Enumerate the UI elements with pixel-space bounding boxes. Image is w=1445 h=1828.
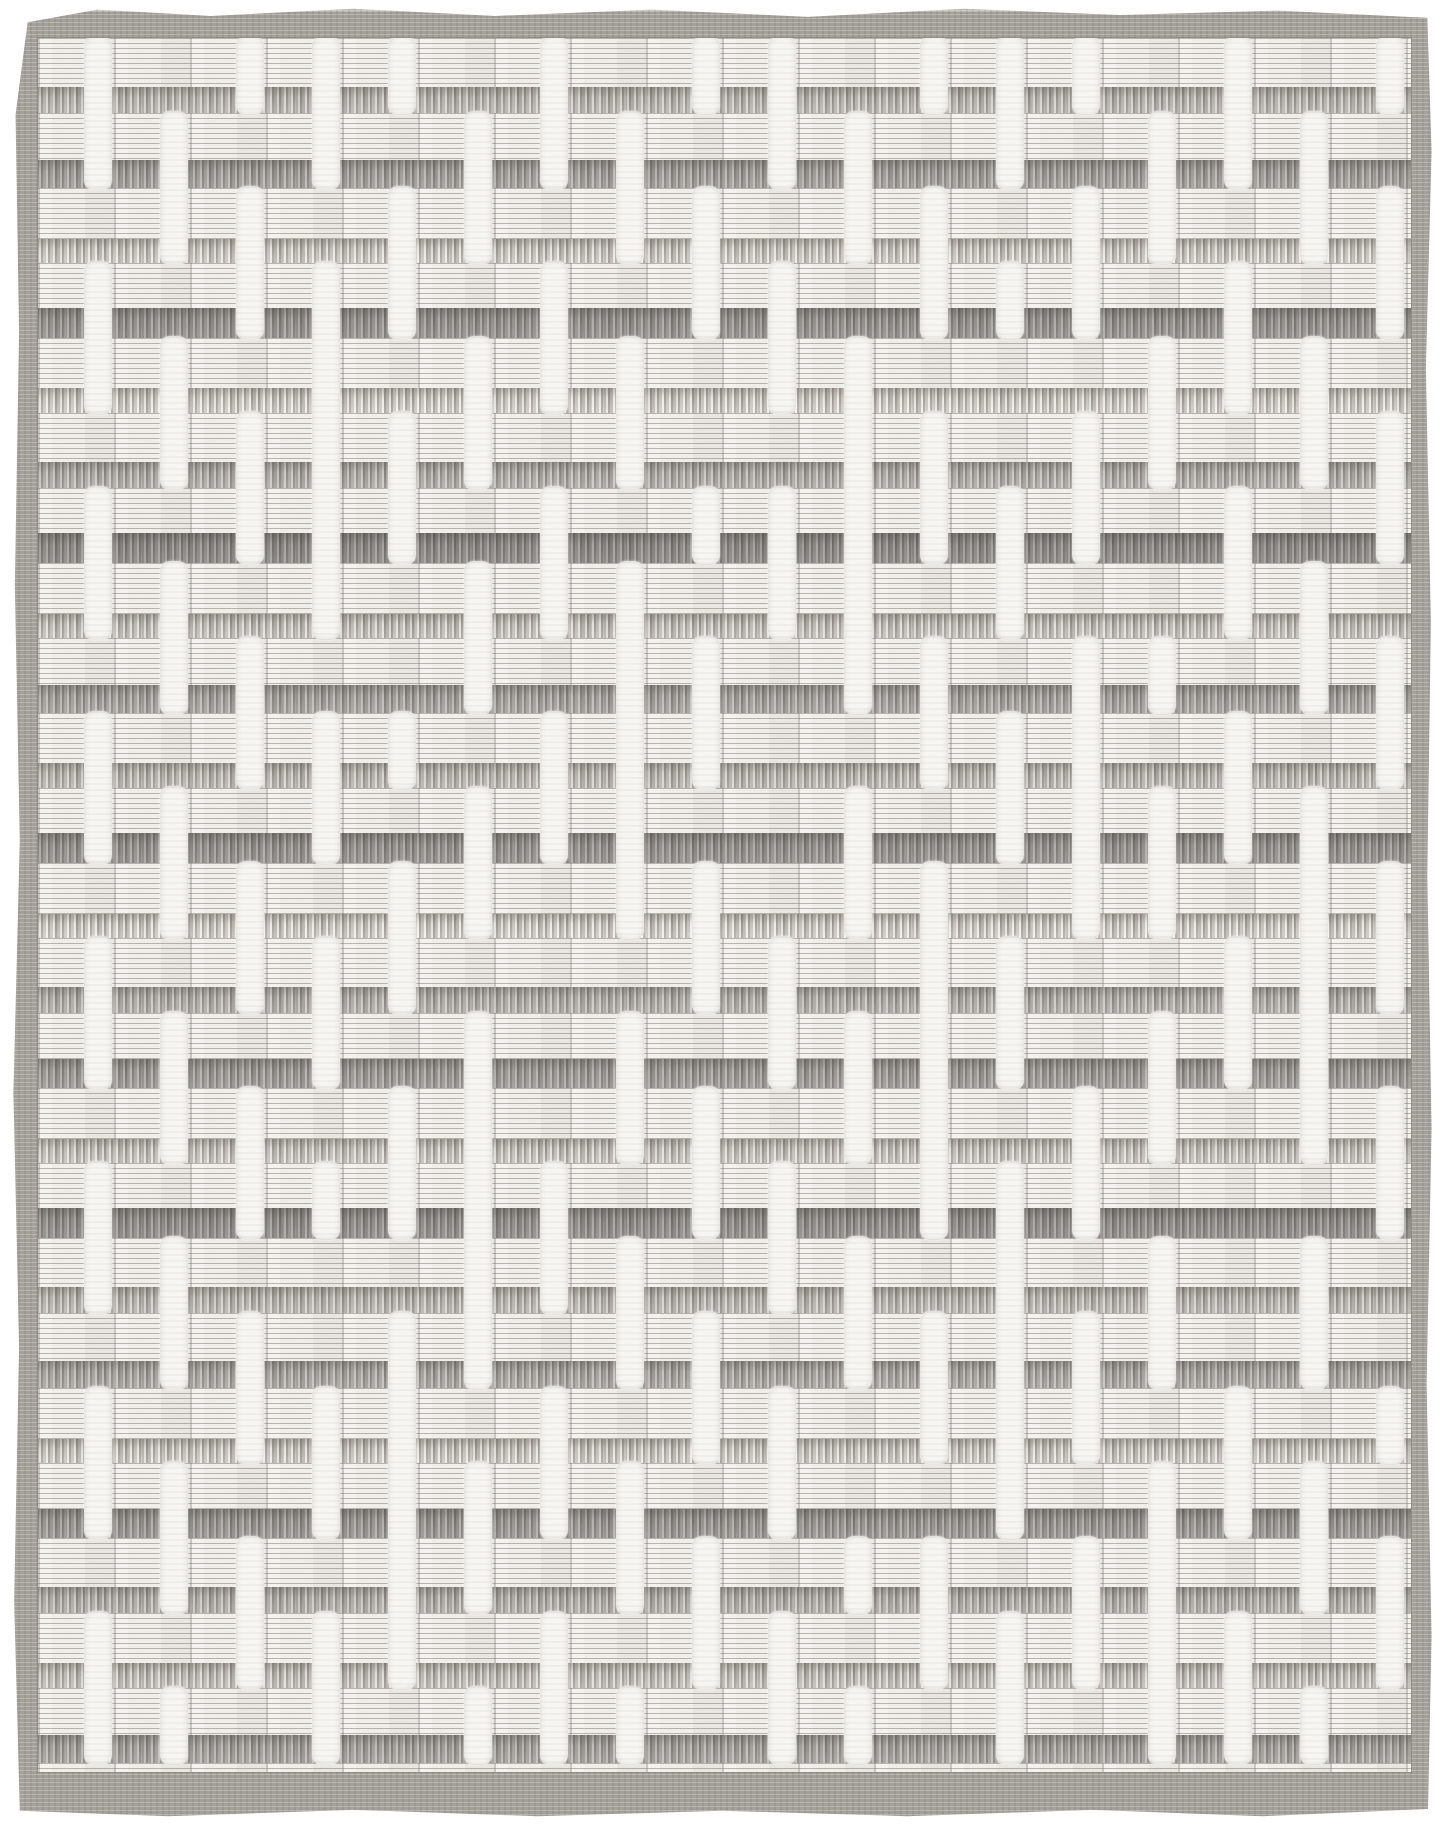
- pile-bar: [84, 38, 112, 190]
- pile-bar: [616, 1686, 644, 1765]
- pile-bar: [540, 38, 568, 190]
- pile-bar: [160, 1011, 188, 1165]
- pile-bar: [540, 261, 568, 415]
- pile-bar: [844, 786, 872, 940]
- pile-bar: [1300, 1686, 1328, 1765]
- pile-bar: [996, 1611, 1024, 1765]
- pile-bar: [692, 861, 720, 1015]
- pile-bar: [692, 486, 720, 565]
- pile-bar: [844, 1011, 872, 1165]
- pile-bar: [388, 1311, 416, 1690]
- pile-bar: [464, 111, 492, 265]
- pile-bar: [996, 261, 1024, 340]
- pile-bar: [1224, 711, 1252, 865]
- pile-bar: [1072, 38, 1100, 115]
- image-caption: Gray and ivory high-low checkered shag r…: [0, 0, 1, 1]
- pile-bar: [464, 336, 492, 490]
- pile-bar: [540, 1161, 568, 1315]
- pile-bar: [540, 1611, 568, 1765]
- pile-bar: [388, 411, 416, 565]
- pile-bar: [920, 636, 948, 790]
- pile-bar: [768, 38, 796, 190]
- pile-bar: [1376, 1536, 1404, 1690]
- pile-bar: [920, 186, 948, 340]
- pile-bar: [312, 1386, 340, 1540]
- fringe-row: [38, 833, 1411, 863]
- pile-bar: [464, 561, 492, 715]
- pile-bar: [1300, 561, 1328, 715]
- pile-bar: [236, 1536, 264, 1690]
- pile-bar: [768, 1611, 796, 1765]
- pile-bar: [1148, 636, 1176, 715]
- pile-bar: [616, 111, 644, 265]
- pile-bar: [388, 861, 416, 1015]
- pile-bar: [84, 1386, 112, 1540]
- pile-bar: [160, 786, 188, 940]
- fringe-row: [38, 1735, 1411, 1763]
- pile-bar: [996, 936, 1024, 1090]
- pile-bar: [1376, 636, 1404, 790]
- pile-bar: [1300, 111, 1328, 265]
- pile-bar: [312, 261, 340, 640]
- pile-bar: [84, 936, 112, 1090]
- rug-photo: Gray and ivory high-low checkered shag r…: [0, 0, 1445, 1828]
- pile-bar: [1224, 486, 1252, 640]
- pile-bar: [84, 261, 112, 415]
- pile-bar: [1224, 38, 1252, 190]
- pile-bar: [768, 1386, 796, 1540]
- pile-bar: [1072, 186, 1100, 340]
- pile-bar: [768, 261, 796, 415]
- pile-bar: [1148, 1236, 1176, 1390]
- pile-bar: [844, 1236, 872, 1390]
- pile-bar: [920, 861, 948, 1240]
- pile-bar: [996, 1161, 1024, 1540]
- pile-bar: [692, 186, 720, 340]
- pile-bar: [768, 486, 796, 640]
- pile-bar: [844, 1686, 872, 1765]
- pile-bar: [464, 786, 492, 940]
- pile-bar: [540, 711, 568, 865]
- pile-bar: [160, 111, 188, 265]
- pile-bar: [692, 1536, 720, 1690]
- pile-bar: [464, 1011, 492, 1390]
- pile-bar: [920, 411, 948, 565]
- pile-bar: [1072, 1086, 1100, 1240]
- pile-bar: [996, 711, 1024, 865]
- pile-bar: [312, 711, 340, 865]
- pile-bar: [84, 1611, 112, 1765]
- pile-bar: [236, 861, 264, 1015]
- pile-bar: [160, 1461, 188, 1615]
- pile-bar: [540, 486, 568, 640]
- pile-bar: [920, 38, 948, 115]
- pile-bar: [844, 111, 872, 265]
- pile-bar: [844, 1536, 872, 1615]
- pile-bar: [84, 486, 112, 640]
- pile-bar: [84, 711, 112, 865]
- pile-bar: [160, 336, 188, 490]
- pile-bar: [236, 636, 264, 790]
- pile-bar: [312, 38, 340, 190]
- pile-bar: [616, 1461, 644, 1615]
- fringe-row: [38, 160, 1411, 188]
- pile-bar: [920, 1536, 948, 1690]
- pile-bar: [1148, 1461, 1176, 1765]
- pile-bar: [768, 1161, 796, 1315]
- pile-bar: [1376, 861, 1404, 1015]
- pile-bar: [464, 1461, 492, 1615]
- pile-bar: [1072, 411, 1100, 565]
- pile-bar: [616, 1236, 644, 1390]
- pile-bar: [540, 1386, 568, 1540]
- pile-bar: [388, 38, 416, 115]
- pile-bar: [1376, 186, 1404, 340]
- pile-bar: [388, 186, 416, 340]
- fringe-row: [38, 1287, 1411, 1313]
- pile-bar: [1224, 261, 1252, 415]
- rug: [12, 6, 1433, 1818]
- pile-bar: [1072, 636, 1100, 940]
- pile-bar: [692, 636, 720, 790]
- pile-bar: [1148, 111, 1176, 265]
- pile-bar: [312, 936, 340, 1090]
- pile-bar: [1224, 1611, 1252, 1765]
- pile-bar: [768, 936, 796, 1090]
- rug-border: [12, 6, 13, 7]
- rug-field: [38, 38, 1411, 1772]
- pile-bar: [616, 1011, 644, 1165]
- fringe-row: [38, 388, 1411, 413]
- pile-bar: [388, 711, 416, 790]
- fringe-row: [38, 614, 1411, 638]
- pile-bar: [1300, 786, 1328, 1165]
- pile-bar: [844, 336, 872, 715]
- pile-bar: [1300, 1236, 1328, 1390]
- fringe-row: [38, 1059, 1411, 1088]
- pile-bar: [464, 1686, 492, 1765]
- pile-bar: [1300, 336, 1328, 490]
- pile-bar: [692, 38, 720, 115]
- pile-bar: [616, 336, 644, 490]
- pile-bar: [616, 561, 644, 940]
- pile-bar: [236, 411, 264, 565]
- pile-bar: [1148, 786, 1176, 940]
- pile-bar: [1300, 1461, 1328, 1615]
- pile-bar: [1148, 1011, 1176, 1165]
- pile-bar: [236, 38, 264, 115]
- pile-bar: [1072, 1536, 1100, 1690]
- pile-bar: [1376, 1086, 1404, 1240]
- pile-bar: [1072, 1311, 1100, 1465]
- pile-bar: [920, 1311, 948, 1465]
- pile-bar: [1376, 411, 1404, 565]
- pile-bar: [996, 486, 1024, 640]
- pile-bar: [1148, 336, 1176, 490]
- pile-bar: [388, 1086, 416, 1240]
- pile-bar: [1376, 1386, 1404, 1465]
- pile-bar: [312, 1161, 340, 1240]
- pile-bar: [160, 1236, 188, 1390]
- pile-bar: [692, 1086, 720, 1240]
- pile-bar: [1224, 1386, 1252, 1540]
- pile-bar: [312, 1611, 340, 1765]
- pile-bar: [236, 1311, 264, 1465]
- pile-bar: [236, 1086, 264, 1240]
- pile-bar: [160, 1686, 188, 1765]
- pile-bar: [1224, 936, 1252, 1090]
- pile-bar: [236, 186, 264, 340]
- pile-bar: [996, 38, 1024, 190]
- pile-bar: [84, 1161, 112, 1315]
- pile-bar: [692, 1311, 720, 1465]
- fringe-row: [38, 1509, 1411, 1538]
- pile-bar: [160, 561, 188, 715]
- pile-bar: [1376, 38, 1404, 115]
